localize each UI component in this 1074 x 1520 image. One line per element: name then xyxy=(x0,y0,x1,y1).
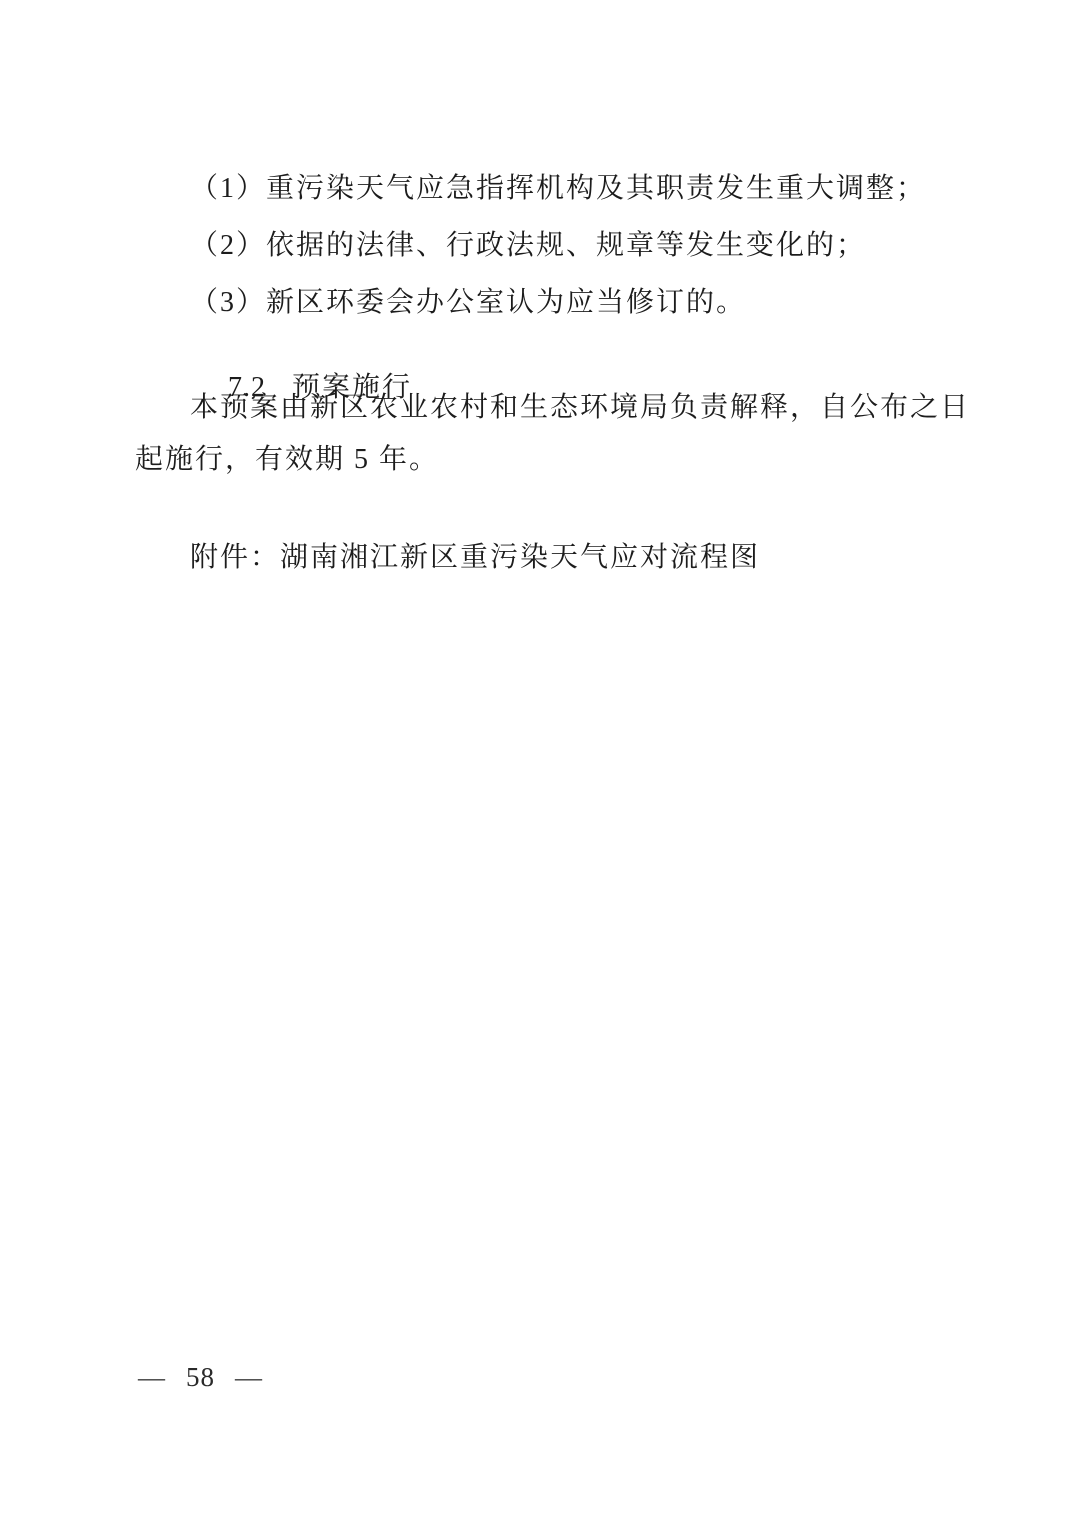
document-page: （1）重污染天气应急指挥机构及其职责发生重大调整； （2）依据的法律、行政法规、… xyxy=(0,0,1074,1520)
paragraph-line-1: 本预案由新区农业农村和生态环境局负责解释，自公布之日 xyxy=(190,391,970,425)
paragraph-line-2: 起施行，有效期 5 年。 xyxy=(135,443,439,477)
footer-right-dash: — xyxy=(235,1362,263,1393)
footer-left-dash: — xyxy=(138,1362,166,1393)
revision-condition-item-2: （2）依据的法律、行政法规、规章等发生变化的； xyxy=(190,229,866,263)
revision-condition-item-3: （3）新区环委会办公室认为应当修订的。 xyxy=(190,286,746,320)
attachment-reference-line: 附件：湖南湘江新区重污染天气应对流程图 xyxy=(190,541,760,575)
page-footer: — 58 — xyxy=(138,1362,263,1393)
revision-condition-item-1: （1）重污染天气应急指挥机构及其职责发生重大调整； xyxy=(190,172,926,206)
page-number: 58 xyxy=(186,1362,215,1393)
